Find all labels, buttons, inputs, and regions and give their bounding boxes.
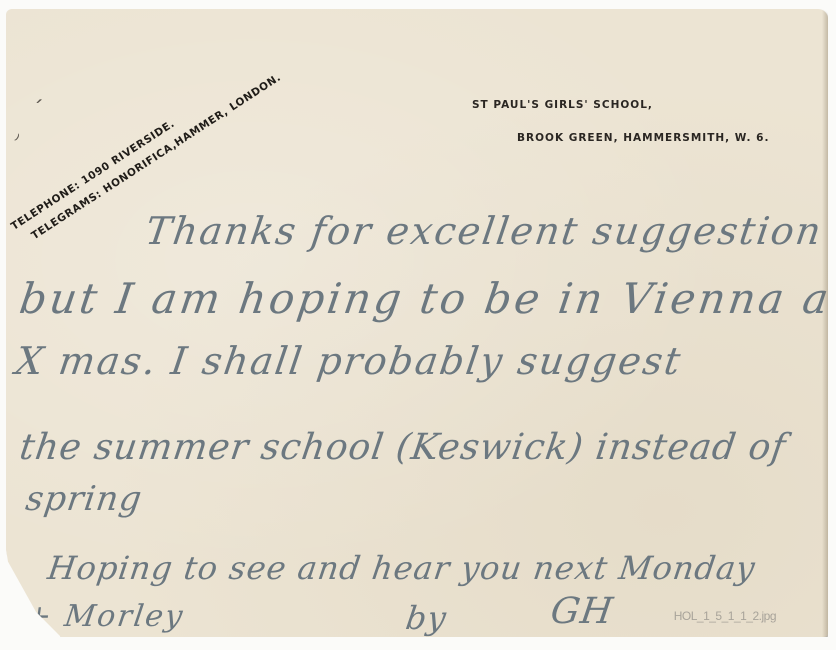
handwritten-line: but I am hoping to be in Vienna at <box>17 274 828 323</box>
handwritten-line: spring <box>23 479 145 519</box>
handwritten-line: X mas. I shall probably suggest <box>13 339 685 383</box>
school-address: BROOK GREEN, HAMMERSMITH, W. 6. <box>517 122 769 155</box>
school-name: ST PAUL'S GIRLS' SCHOOL, <box>472 89 769 122</box>
handwritten-closing: by <box>403 599 449 637</box>
letterhead-school: ST PAUL'S GIRLS' SCHOOL, BROOK GREEN, HA… <box>472 89 769 155</box>
handwritten-line: Hoping to see and hear you next Monday <box>45 549 758 587</box>
filename-watermark: HOL_1_5_1_1_2.jpg <box>674 609 776 623</box>
postcard: ˏ ⌣ TELEPHONE: 1090 RIVERSIDE. TELEGRAMS… <box>6 9 828 637</box>
postmark-mark: ⌣ <box>7 129 25 145</box>
handwritten-signature: GH <box>548 591 616 632</box>
scan-background: ˏ ⌣ TELEPHONE: 1090 RIVERSIDE. TELEGRAMS… <box>0 0 836 650</box>
postmark-mark: ˏ <box>32 78 46 104</box>
handwritten-line: the summer school (Keswick) instead of <box>17 427 789 468</box>
handwritten-line: + Morley <box>24 599 187 634</box>
handwritten-line: Thanks for excellent suggestion <box>143 209 826 253</box>
